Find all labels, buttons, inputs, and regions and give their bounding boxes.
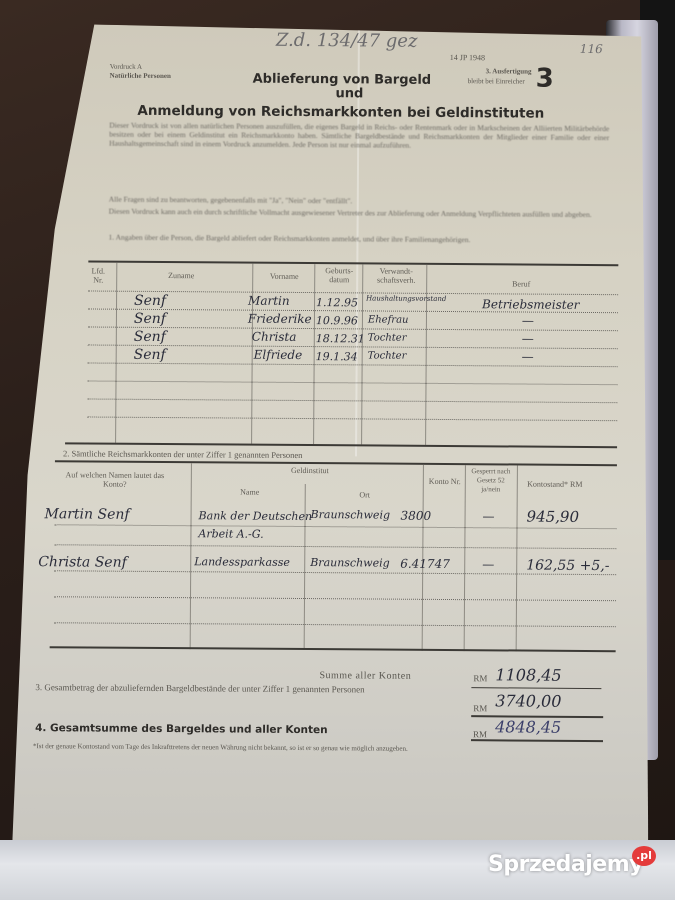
- rule: [471, 687, 601, 689]
- geburtsdatum: 1.12.95: [316, 296, 358, 309]
- section4-label: 4. Gesamtsumme des Bargeldes und aller K…: [35, 722, 328, 736]
- geburtsdatum: 18.12.31: [316, 332, 365, 345]
- date-stamp: 14 JP 1948: [450, 53, 485, 62]
- account-row: Martin Senf Bank der Deutschen Arbeit A.…: [18, 24, 654, 28]
- row-line: [87, 416, 617, 421]
- col-header-institute: Geldinstitut: [195, 465, 425, 476]
- col-header-konto-nr: Konto Nr.: [425, 477, 465, 486]
- watermark-logo-suffix: .pl: [632, 846, 656, 866]
- geburtsdatum: 19.1.34: [316, 350, 358, 363]
- beruf: —: [522, 314, 534, 328]
- handwritten-reference: Z.d. 134/47 gez: [276, 30, 418, 52]
- rule: [471, 739, 603, 741]
- col-header-inst-name: Name: [195, 487, 305, 497]
- watermark-logo: Sprzedajemy: [488, 852, 643, 877]
- copy-holder-label: bleibt bei Einreicher: [468, 77, 525, 85]
- account-owner: Martin Senf: [45, 506, 130, 523]
- col-divider: [464, 465, 466, 651]
- document-paper: Z.d. 134/47 gez 14 JP 1948 116 Vordruck …: [12, 24, 654, 848]
- col-header-verwandtschaft: Verwandt-schaftsverh.: [366, 266, 426, 284]
- title-line-2: und: [335, 86, 363, 101]
- zuname: Senf: [134, 311, 166, 327]
- bank-ort: Braunschweig: [311, 508, 391, 522]
- gesperrt: —: [482, 557, 494, 571]
- person-row: Senf Friederike 10.9.96 Ehefrau —: [18, 24, 654, 28]
- form-number: 3: [536, 64, 554, 94]
- bank-ort: Braunschweig: [310, 556, 390, 570]
- kontostand: 945,90: [527, 508, 580, 526]
- intro-paragraph-3: Diesen Vordruck kann auch ein durch schr…: [109, 207, 609, 219]
- zuname: Senf: [134, 293, 166, 309]
- person-row: Senf Elfriede 19.1.34 Tochter —: [18, 24, 654, 28]
- verwandtschaft: Tochter: [368, 350, 407, 361]
- verwandtschaft: Haushaltungsvorstand: [366, 294, 426, 302]
- beruf: Betriebsmeister: [482, 297, 580, 312]
- rule: [50, 646, 616, 652]
- vorname: Elfriede: [254, 348, 303, 362]
- vorname: Martin: [248, 294, 290, 308]
- vorname: Friederike: [248, 312, 312, 326]
- kontostand: 162,55 +5,-: [526, 558, 609, 575]
- sum-label: Summe aller Konten: [319, 670, 411, 682]
- row-line: [54, 622, 616, 627]
- section2-label: 2. Sämtliche Reichsmarkkonten der unter …: [63, 448, 303, 460]
- col-header-inst-ort: Ort: [305, 490, 425, 500]
- section4-currency: RM: [473, 729, 487, 739]
- rule: [88, 260, 618, 266]
- form-type-label: Vordruck A: [110, 63, 142, 71]
- col-header-account-name: Auf welchen Namen lautet das Konto?: [55, 470, 175, 489]
- row-line: [54, 596, 616, 601]
- zuname: Senf: [134, 347, 166, 363]
- col-header-nr: Lfd. Nr.: [86, 266, 110, 284]
- zuname: Senf: [134, 329, 166, 345]
- verwandtschaft: Ehefrau: [368, 314, 409, 325]
- col-divider: [516, 465, 518, 651]
- account-owner: Christa Senf: [38, 554, 127, 571]
- col-header-geburtsdatum: Geburts-datum: [316, 266, 362, 284]
- beruf: —: [522, 350, 534, 364]
- section4-value: 4848,45: [495, 717, 561, 736]
- section3-label: 3. Gesamtbetrag der abzuliefernden Barge…: [35, 682, 465, 695]
- section3-currency: RM: [473, 703, 487, 713]
- geburtsdatum: 10.9.96: [316, 314, 358, 327]
- person-row: Senf Martin 1.12.95 Haushaltungsvorstand…: [18, 24, 654, 28]
- row-line: [54, 544, 616, 549]
- intro-paragraph: Dieser Vordruck ist von allen natürliche…: [109, 121, 609, 151]
- section3-value: 3740,00: [495, 691, 561, 710]
- verwandtschaft: Tochter: [368, 332, 407, 343]
- col-divider: [425, 265, 427, 445]
- account-row: Christa Senf Landessparkasse Braunschwei…: [18, 24, 654, 28]
- footnote: *Ist der genaue Kontostand vom Tage des …: [33, 742, 633, 754]
- konto-nr: 3800: [401, 509, 432, 523]
- konto-nr: 6.41747: [400, 557, 450, 571]
- person-row: Senf Christa 18.12.31 Tochter —: [18, 24, 654, 28]
- sum-currency: RM: [473, 673, 487, 683]
- copy-label: 3. Ausfertigung: [486, 67, 532, 75]
- bank-name: Landessparkasse: [194, 555, 290, 569]
- sum-value: 1108,45: [495, 665, 561, 684]
- row-line: [88, 290, 618, 295]
- col-header-beruf: Beruf: [436, 279, 606, 289]
- row-line: [88, 380, 618, 385]
- rule: [65, 442, 617, 448]
- form-category-label: Natürliche Personen: [110, 72, 171, 80]
- vorname: Christa: [252, 330, 297, 344]
- col-header-zuname: Zuname: [126, 271, 236, 281]
- col-header-kontostand: Kontostand* RM: [520, 480, 590, 489]
- col-header-vorname: Vorname: [254, 272, 314, 281]
- beruf: —: [522, 332, 534, 346]
- col-header-gesperrt: Gesperrt nach Gesetz 52 ja/nein: [467, 467, 515, 494]
- intro-paragraph-2: Alle Fragen sind zu beantworten, gegeben…: [109, 195, 609, 207]
- top-right-note: 116: [580, 42, 603, 56]
- title-line-3: Anmeldung von Reichsmarkkonten bei Geldi…: [137, 103, 544, 122]
- col-divider: [190, 463, 192, 649]
- row-line: [87, 398, 617, 403]
- section1-label: 1. Angaben über die Person, die Bargeld …: [108, 233, 608, 245]
- gesperrt: —: [483, 509, 495, 523]
- bank-name: Bank der Deutschen Arbeit A.-G.: [198, 507, 318, 544]
